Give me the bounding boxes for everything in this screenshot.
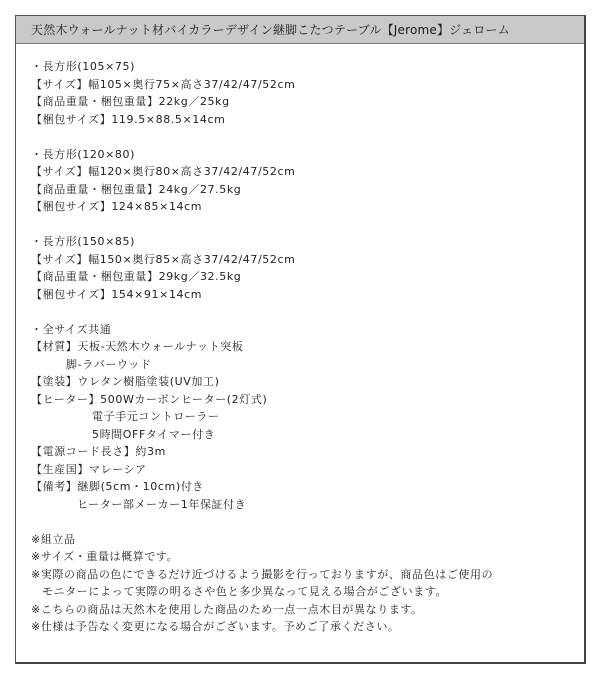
size-weight: 【商品重量・梱包重量】22kg／25kg — [31, 93, 584, 111]
finish: 【塗装】ウレタン樹脂塗装(UV加工) — [31, 373, 584, 391]
size-package: 【梱包サイズ】154×91×14cm — [31, 286, 584, 304]
note-spec-change: ※仕様は予告なく変更になる場合がございます。予めご了承ください。 — [31, 618, 584, 636]
common-spec-section: ・全サイズ共通 【材質】天板-天然木ウォールナット突板 脚-ラバーウッド 【塗装… — [31, 321, 584, 514]
size-dimensions: 【サイズ】幅150×奥行85×高さ37/42/47/52cm — [31, 251, 584, 269]
common-heading: ・全サイズ共通 — [31, 321, 584, 339]
heater: 【ヒーター】500Wカーボンヒーター(2灯式) — [31, 391, 584, 409]
note-approx: ※サイズ・重量は概算です。 — [31, 548, 584, 566]
size-package: 【梱包サイズ】124×85×14cm — [31, 198, 584, 216]
note-wood: ※こちらの商品は天然木を使用した商品のため一点一点木目が異なります。 — [31, 601, 584, 619]
size-weight: 【商品重量・梱包重量】29kg／32.5kg — [31, 268, 584, 286]
remarks-warranty: ヒーター部メーカー1年保証付き — [31, 496, 584, 514]
heater-controller: 電子手元コントローラー — [31, 408, 584, 426]
spec-header: 天然木ウォールナット材バイカラーデザイン継脚こたつテーブル【Jerome】ジェロ… — [16, 16, 584, 44]
size-dimensions: 【サイズ】幅105×奥行75×高さ37/42/47/52cm — [31, 76, 584, 94]
size-section-105x75: ・長方形(105×75) 【サイズ】幅105×奥行75×高さ37/42/47/5… — [31, 58, 584, 128]
spec-body: ・長方形(105×75) 【サイズ】幅105×奥行75×高さ37/42/47/5… — [16, 44, 584, 636]
material-legs: 脚-ラバーウッド — [31, 356, 584, 374]
country-of-origin: 【生産国】マレーシア — [31, 461, 584, 479]
note-color-cont: モニターによって実際の明るさや色と多少異なって見える場合がございます。 — [31, 583, 584, 601]
notes-section: ※組立品 ※サイズ・重量は概算です。 ※実際の商品の色にできるだけ近づけるよう撮… — [31, 531, 584, 636]
size-package: 【梱包サイズ】119.5×88.5×14cm — [31, 111, 584, 129]
note-assembly: ※組立品 — [31, 531, 584, 549]
size-heading: ・長方形(105×75) — [31, 58, 584, 76]
size-section-120x80: ・長方形(120×80) 【サイズ】幅120×奥行80×高さ37/42/47/5… — [31, 146, 584, 216]
remarks: 【備考】継脚(5cm・10cm)付き — [31, 478, 584, 496]
size-dimensions: 【サイズ】幅120×奥行80×高さ37/42/47/52cm — [31, 163, 584, 181]
size-weight: 【商品重量・梱包重量】24kg／27.5kg — [31, 181, 584, 199]
cord-length: 【電源コード長さ】約3m — [31, 443, 584, 461]
heater-timer: 5時間OFFタイマー付き — [31, 426, 584, 444]
material: 【材質】天板-天然木ウォールナット突板 — [31, 338, 584, 356]
size-heading: ・長方形(150×85) — [31, 233, 584, 251]
product-spec-box: 天然木ウォールナット材バイカラーデザイン継脚こたつテーブル【Jerome】ジェロ… — [15, 15, 586, 664]
size-heading: ・長方形(120×80) — [31, 146, 584, 164]
size-section-150x85: ・長方形(150×85) 【サイズ】幅150×奥行85×高さ37/42/47/5… — [31, 233, 584, 303]
product-title: 天然木ウォールナット材バイカラーデザイン継脚こたつテーブル【Jerome】ジェロ… — [31, 21, 510, 38]
note-color: ※実際の商品の色にできるだけ近づけるよう撮影を行っておりますが、商品色はご使用の — [31, 566, 584, 584]
